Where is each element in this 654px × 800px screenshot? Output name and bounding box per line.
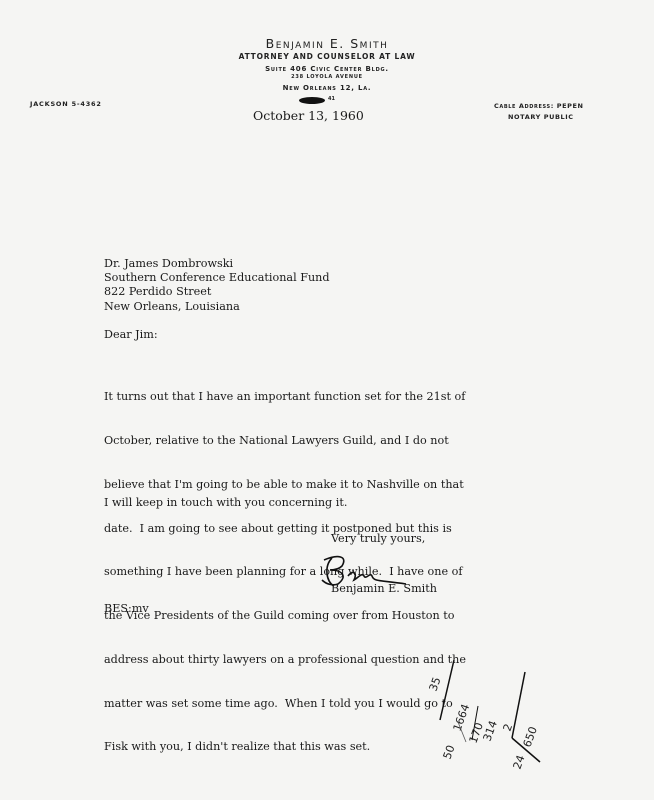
signer-name: Benjamin E. Smith [331, 582, 437, 595]
letterhead-title: ATTORNEY AND COUNSELOR AT LAW [0, 52, 654, 61]
body-line: It turns out that I have an important fu… [104, 390, 544, 405]
letterhead-street: 238 LOYOLA AVENUE [0, 74, 654, 80]
letterhead-cable: Cable Address: PEPEN [494, 102, 584, 110]
union-label-number: 41 [328, 96, 335, 102]
letterhead-notary: NOTARY PUBLIC [508, 113, 574, 121]
union-label-icon [299, 97, 325, 104]
recipient-organization: Southern Conference Educational Fund [104, 271, 330, 285]
recipient-street: 822 Perdido Street [104, 285, 330, 299]
svg-text:650: 650 [521, 725, 540, 749]
svg-text:2: 2 [501, 722, 516, 733]
recipient-address: Dr. James Dombrowski Southern Conference… [104, 257, 330, 314]
body-line: date. I am going to see about getting it… [104, 522, 544, 537]
body-line: the Vice Presidents of the Guild coming … [104, 609, 544, 624]
letterhead-phone: JACKSON 5-4362 [30, 100, 102, 108]
closing-paragraph: I will keep in touch with you concerning… [104, 496, 347, 509]
recipient-city: New Orleans, Louisiana [104, 300, 330, 314]
svg-text:1664: 1664 [451, 702, 473, 733]
letter-page: Benjamin E. Smith ATTORNEY AND COUNSELOR… [0, 0, 654, 800]
svg-text:24: 24 [511, 753, 528, 771]
body-line: October, relative to the National Lawyer… [104, 434, 544, 449]
handwritten-calculations: 35 1664 50 170 314 2 650 24 [420, 650, 570, 800]
valediction: Very truly yours, [331, 532, 425, 545]
typist-initials: BES:mv [104, 602, 149, 615]
svg-text:314: 314 [481, 719, 500, 743]
salutation: Dear Jim: [104, 328, 158, 341]
svg-text:50: 50 [441, 743, 458, 761]
letterhead-suite: Suite 406 Civic Center Bldg. [0, 65, 654, 73]
body-line: believe that I'm going to be able to mak… [104, 478, 544, 493]
letter-date: October 13, 1960 [253, 108, 364, 123]
letterhead-city: New Orleans 12, La. [0, 84, 654, 92]
letterhead-name: Benjamin E. Smith [0, 36, 654, 51]
recipient-name: Dr. James Dombrowski [104, 257, 330, 271]
svg-text:35: 35 [427, 675, 444, 693]
